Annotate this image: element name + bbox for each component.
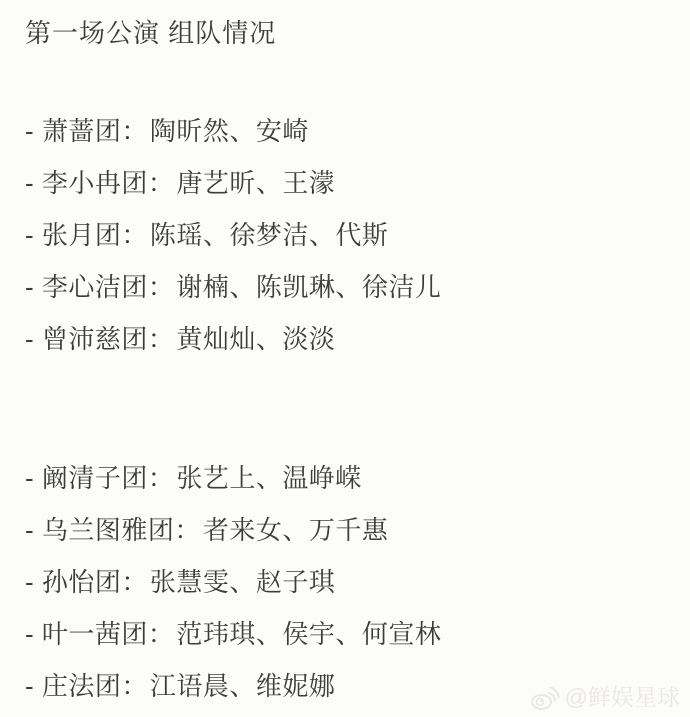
watermark-handle: @鲜娱星球 xyxy=(565,683,680,711)
team-leader-label: - 叶一茜团： xyxy=(25,619,174,649)
team-members: 张慧雯、赵子琪 xyxy=(150,567,336,597)
team-leader-label: - 张月团： xyxy=(25,220,148,250)
team-members: 黄灿灿、淡淡 xyxy=(176,324,335,354)
team-leader-label: - 萧蔷团： xyxy=(25,116,148,146)
team-members: 陈瑶、徐梦洁、代斯 xyxy=(150,220,389,250)
team-row: - 叶一茜团：范玮琪、侯宇、何宣林 xyxy=(25,608,680,660)
post-image: 第一场公演 组队情况 - 萧蔷团：陶昕然、安崎 - 李小冉团：唐艺昕、王濛 - … xyxy=(0,0,690,717)
team-row: - 李心洁团：谢楠、陈凯琳、徐洁儿 xyxy=(25,261,680,313)
team-row: - 阚清子团：张艺上、温峥嵘 xyxy=(25,452,680,504)
team-row: - 曾沛慈团：黄灿灿、淡淡 xyxy=(25,313,680,365)
team-members: 唐艺昕、王濛 xyxy=(176,168,335,198)
team-leader-label: - 孙怡团： xyxy=(25,567,148,597)
team-leader-label: - 乌兰图雅团： xyxy=(25,515,201,545)
team-row: - 张月团：陈瑶、徐梦洁、代斯 xyxy=(25,209,680,261)
team-members: 范玮琪、侯宇、何宣林 xyxy=(176,619,441,649)
team-row: - 萧蔷团：陶昕然、安崎 xyxy=(25,105,680,157)
team-leader-label: - 李心洁团： xyxy=(25,272,174,302)
page-title: 第一场公演 组队情况 xyxy=(25,18,276,48)
team-row: - 乌兰图雅团：者来女、万千惠 xyxy=(25,504,680,556)
team-leader-label: - 曾沛慈团： xyxy=(25,324,174,354)
team-row: - 李小冉团：唐艺昕、王濛 xyxy=(25,157,680,209)
team-leader-label: - 李小冉团： xyxy=(25,168,174,198)
weibo-icon xyxy=(530,684,560,711)
watermark: @鲜娱星球 xyxy=(530,683,680,711)
team-group-1: - 萧蔷团：陶昕然、安崎 - 李小冉团：唐艺昕、王濛 - 张月团：陈瑶、徐梦洁、… xyxy=(25,105,680,365)
team-row: - 孙怡团：张慧雯、赵子琪 xyxy=(25,556,680,608)
team-members: 谢楠、陈凯琳、徐洁儿 xyxy=(176,272,441,302)
team-group-2: - 阚清子团：张艺上、温峥嵘 - 乌兰图雅团：者来女、万千惠 - 孙怡团：张慧雯… xyxy=(25,452,680,712)
team-leader-label: - 庄法团： xyxy=(25,671,148,701)
team-members: 江语晨、维妮娜 xyxy=(150,671,336,701)
team-members: 者来女、万千惠 xyxy=(203,515,389,545)
team-members: 张艺上、温峥嵘 xyxy=(176,463,362,493)
team-members: 陶昕然、安崎 xyxy=(150,116,309,146)
team-leader-label: - 阚清子团： xyxy=(25,463,174,493)
